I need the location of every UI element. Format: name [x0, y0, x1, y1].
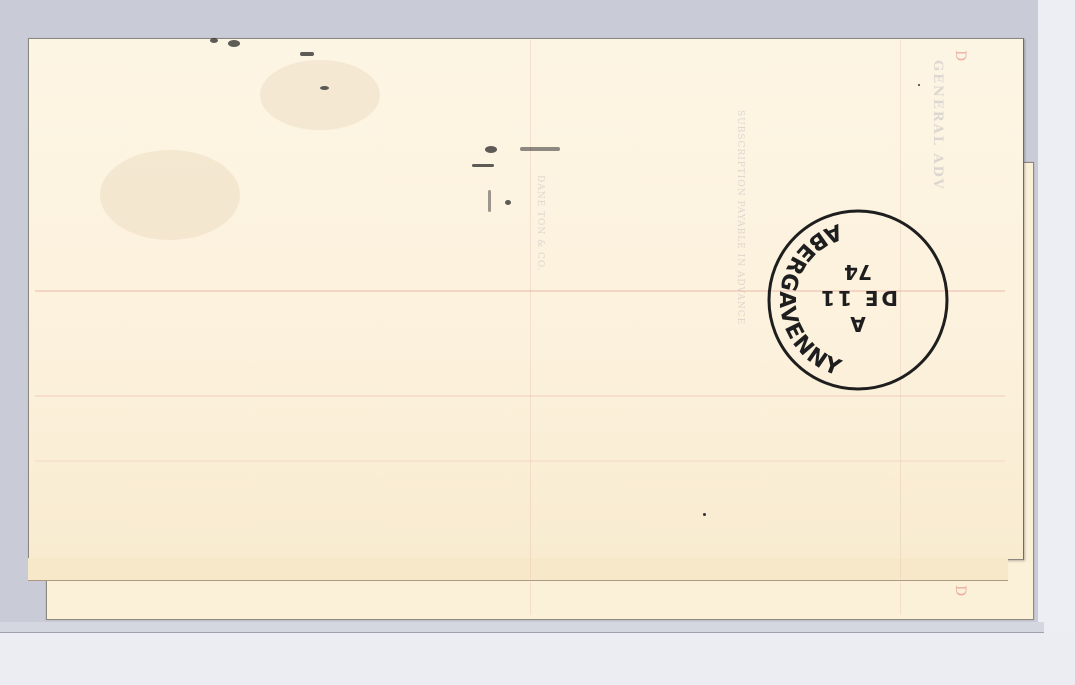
ink-smudge	[488, 190, 491, 212]
ink-smudge	[228, 40, 240, 47]
scan-right-margin	[1038, 0, 1075, 685]
scan-bottom-margin	[0, 632, 1075, 685]
ink-smudge	[485, 146, 497, 153]
red-print-mark: D	[952, 50, 968, 61]
ink-smudge	[472, 164, 494, 167]
postmark-code: A	[850, 312, 866, 336]
postmark-year: 74	[844, 260, 872, 284]
ink-smudge	[520, 147, 560, 151]
paper-stain	[100, 150, 240, 240]
show-through-text: SUBSCRIPTION PAYABLE IN ADVANCE	[735, 110, 745, 325]
ink-dot	[703, 513, 706, 516]
ruled-line	[35, 395, 1005, 397]
ruled-line	[35, 460, 1005, 462]
show-through-text: GENERAL ADV	[930, 60, 945, 191]
paper-stain	[260, 60, 380, 130]
postmark-date: DE 11	[818, 286, 898, 310]
mount-lip	[0, 622, 1044, 633]
ink-smudge	[505, 200, 511, 205]
ink-smudge	[210, 38, 218, 43]
ink-smudge	[320, 86, 329, 90]
ink-smudge	[300, 52, 314, 56]
abergavenny-postmark: ABERGAVENNY A DE 11 74	[763, 205, 953, 395]
ruled-column	[530, 40, 531, 615]
cover-fold-edge	[28, 558, 1008, 581]
red-print-mark: D	[952, 585, 968, 596]
ink-dot	[918, 84, 920, 86]
show-through-text: DANE TON & CO.	[535, 175, 545, 272]
